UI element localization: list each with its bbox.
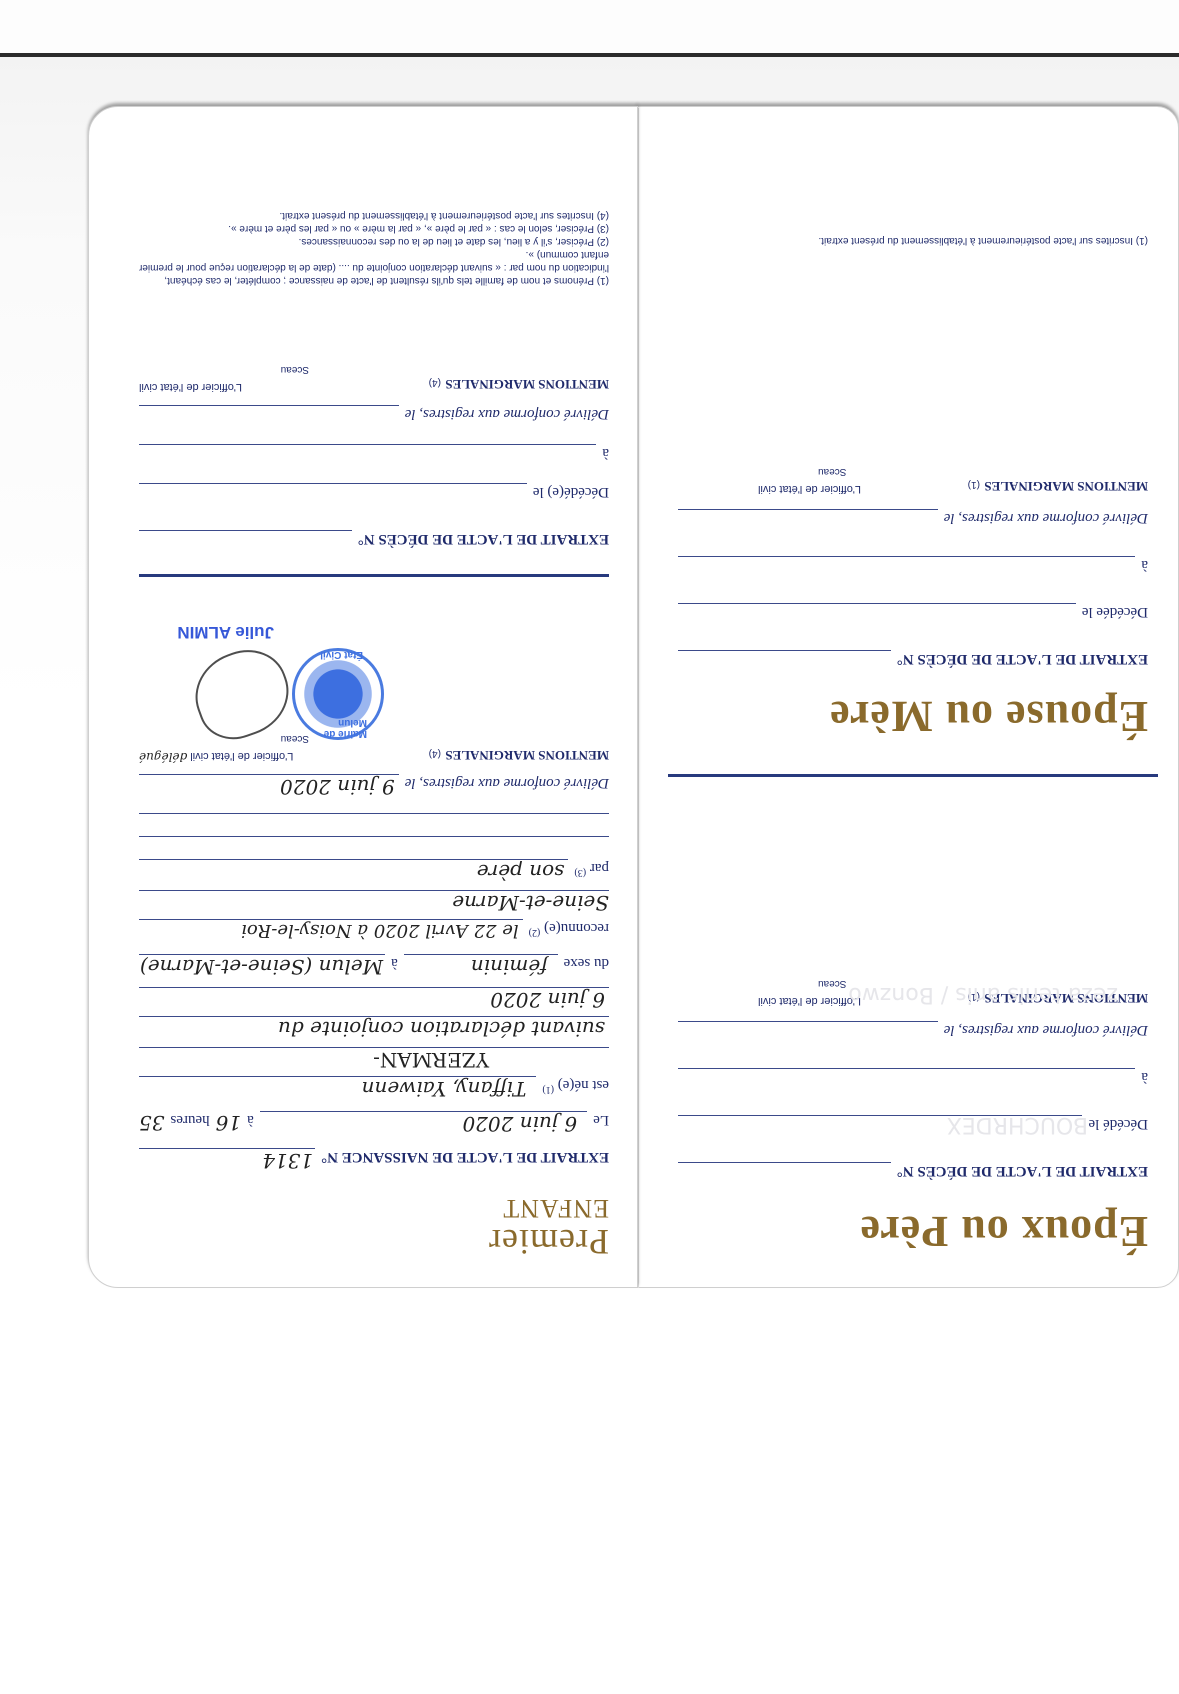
birth-number-field[interactable]: 1314 xyxy=(139,1148,315,1169)
footnotes: (1) Prénoms et nom de famille tels qu'il… xyxy=(139,209,609,287)
town-hall-seal: Mairie de Melun État Civil xyxy=(292,648,384,740)
child-sex-field[interactable]: féminin xyxy=(404,954,558,981)
birth-place-field[interactable]: Melun (Seine-et-Marne) xyxy=(139,954,385,981)
mother-death-number-field[interactable] xyxy=(678,650,891,651)
officer-name-stamp: Julie ALMIN xyxy=(177,622,274,642)
booklet-fold xyxy=(638,108,639,1288)
birth-delivered-date-field[interactable]: 9 juin 2020 xyxy=(139,774,399,801)
father-title: Époux ou Père xyxy=(860,1206,1148,1257)
father-death-place-field[interactable] xyxy=(678,1068,1135,1069)
recognition-field[interactable]: le 22 Avril 2020 à Noisy-le-Roi xyxy=(139,919,523,948)
father-death-number-field[interactable] xyxy=(678,1162,891,1163)
declaration-date-field[interactable]: 6 juin 2020 xyxy=(139,987,609,1012)
bleed-through-text: BOUCHRDEX xyxy=(947,1112,1088,1137)
birth-extract: Extrait de l'acte de naissance N° 1314 L… xyxy=(139,616,609,1169)
bleed-through-text: zeza tenis anis / Bonzwo xyxy=(848,982,1118,1007)
child-death-delivered-field[interactable] xyxy=(139,405,399,406)
child-death-date-field[interactable] xyxy=(139,483,527,484)
mother-delivered-date-field[interactable] xyxy=(678,509,938,510)
mother-footnote: (1) Inscrites sur l'acte postérieurement… xyxy=(818,234,1148,247)
section-divider xyxy=(139,574,609,577)
family-booklet-spread: Époux ou Père Extrait de l'acte de décès… xyxy=(88,108,1179,1288)
child-title: Premier enfant xyxy=(488,1191,609,1259)
child-first-names-field[interactable]: Tiffany, Yaiwenn xyxy=(139,1076,536,1101)
declaration-field[interactable]: suivant déclaration conjointe du xyxy=(139,1016,609,1043)
blank-line xyxy=(139,813,609,814)
mother-death-extract: Extrait de l'acte de décès N° Décédée le… xyxy=(678,466,1148,667)
child-death-number-field[interactable] xyxy=(139,530,352,531)
birth-date-field[interactable]: 6 juin 2020 xyxy=(260,1111,587,1136)
father-death-heading: Extrait de l'acte de décès N° xyxy=(897,1162,1148,1179)
recognized-by-field[interactable]: son père xyxy=(139,859,568,884)
mother-death-date-field[interactable] xyxy=(678,603,1076,604)
recognition-field-2[interactable]: Seine-et-Marne xyxy=(139,890,609,915)
child-surname-field[interactable]: YZERMAN- xyxy=(139,1047,609,1072)
mother-death-place-field[interactable] xyxy=(678,556,1135,557)
mother-title: Épouse ou Mère xyxy=(829,691,1148,742)
child-death-place-field[interactable] xyxy=(139,444,596,445)
father-delivered-date-field[interactable] xyxy=(678,1021,938,1022)
first-child-page: Premier enfant Extrait de l'acte de nais… xyxy=(88,106,638,1288)
child-death-extract: Extrait de l'acte de décès N° Décédé(e) … xyxy=(139,364,609,547)
blank-line xyxy=(139,836,609,837)
parents-page: Époux ou Père Extrait de l'acte de décès… xyxy=(637,106,1179,1288)
section-divider xyxy=(668,774,1158,777)
father-death-extract: Extrait de l'acte de décès N° Décédé le … xyxy=(678,978,1148,1179)
